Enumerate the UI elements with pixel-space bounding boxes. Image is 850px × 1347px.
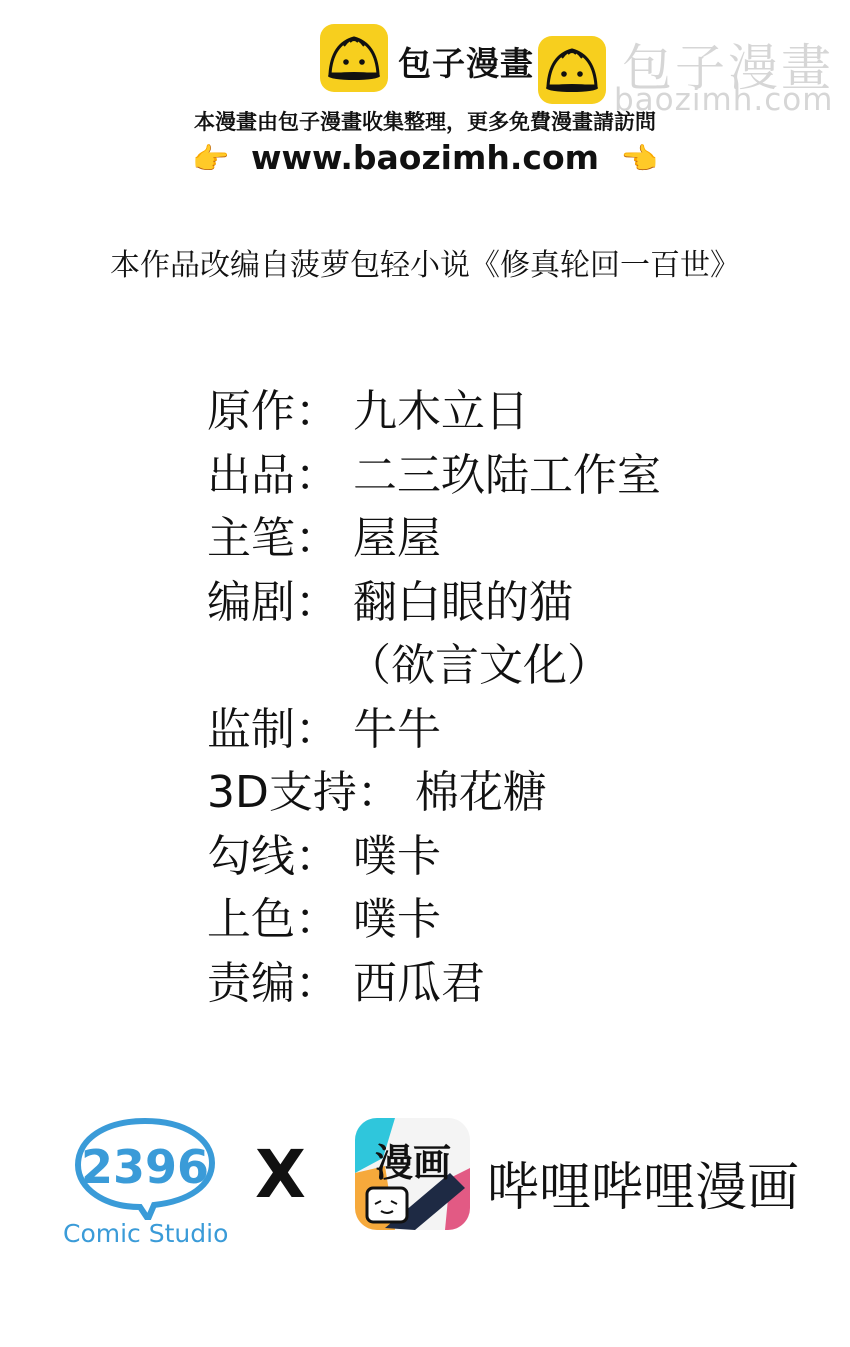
credit-label: 监制：	[207, 698, 339, 762]
studio-2396-logo-icon: 2396	[70, 1115, 220, 1224]
credit-label: 3D支持：	[207, 761, 401, 825]
credit-value: 九木立日	[353, 380, 529, 444]
site-url-link[interactable]: www.baozimh.com	[251, 138, 599, 177]
pointing-right-hand-icon: 👉	[192, 142, 229, 177]
credit-label: 上色：	[207, 888, 339, 952]
baozi-logo-icon	[320, 24, 388, 92]
credit-row: 原作：九木立日	[207, 380, 661, 444]
pointing-left-hand-icon: 👈	[621, 142, 658, 177]
platform-name: 哔哩哔哩漫画	[487, 1145, 799, 1220]
credit-label: 出品：	[207, 444, 339, 508]
credit-label: 主笔：	[207, 507, 339, 571]
credit-value: 噗卡	[353, 825, 441, 889]
svg-text:2396: 2396	[81, 1140, 209, 1194]
watermark-notice: 本漫畫由包子漫畫收集整理，更多免費漫畫請訪問	[0, 106, 850, 136]
credit-value: 屋屋	[353, 507, 441, 571]
credit-row: 责编：西瓜君	[207, 952, 661, 1016]
credit-label: 原作：	[207, 380, 339, 444]
credit-label: 编剧：	[207, 571, 339, 635]
credit-row: 勾线：噗卡	[207, 825, 661, 889]
credit-value: 噗卡	[353, 888, 441, 952]
credit-row: 监制：牛牛	[207, 698, 661, 762]
credit-value: 翻白眼的猫	[353, 571, 573, 635]
credit-row: 主笔：屋屋	[207, 507, 661, 571]
bilibili-comics-app-icon: 漫画	[355, 1118, 470, 1230]
baozi-ghost-logo-icon	[538, 36, 606, 104]
brand-name: 包子漫畫	[398, 38, 534, 85]
credit-value: 棉花糖	[415, 761, 547, 825]
credits-list: 原作：九木立日 出品：二三玖陆工作室 主笔：屋屋 编剧：翻白眼的猫 （欲言文化）…	[207, 380, 661, 1015]
adaptation-source: 本作品改编自菠萝包轻小说《修真轮回一百世》	[0, 240, 850, 284]
studio-name: Comic Studio	[63, 1219, 228, 1248]
credit-label: 勾线：	[207, 825, 339, 889]
credit-row: 3D支持：棉花糖	[207, 761, 661, 825]
credit-row: 编剧：翻白眼的猫	[207, 571, 661, 635]
credit-row: 出品：二三玖陆工作室	[207, 444, 661, 508]
credit-value: 牛牛	[353, 698, 441, 762]
svg-text:漫画: 漫画	[375, 1141, 451, 1185]
credit-value: 西瓜君	[353, 952, 485, 1016]
credit-row: 上色：噗卡	[207, 888, 661, 952]
credit-value: 二三玖陆工作室	[353, 444, 661, 508]
credit-row-continuation: （欲言文化）	[207, 634, 661, 698]
collaboration-x: X	[255, 1136, 306, 1213]
credit-label: 责编：	[207, 952, 339, 1016]
url-row: 👉 www.baozimh.com 👈	[0, 138, 850, 177]
